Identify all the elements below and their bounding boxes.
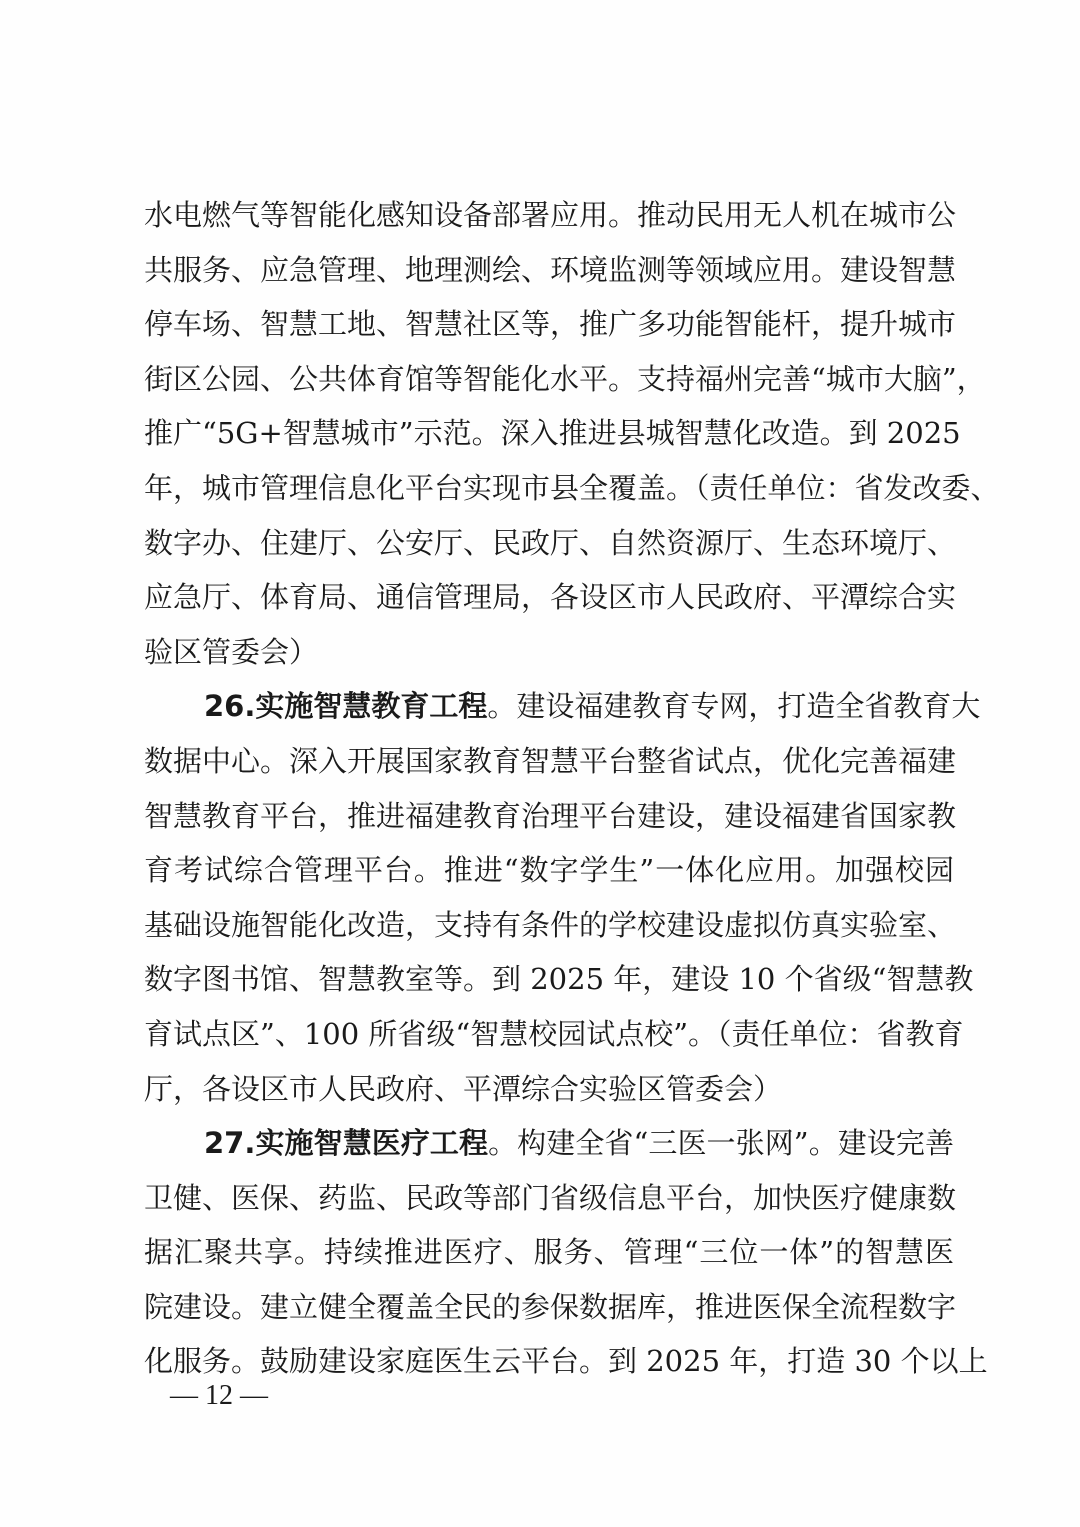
text-line: 水电燃气等智能化感知设备部署应用。推动民用无人机在城市公 [144, 188, 954, 243]
text-line: 年，城市管理信息化平台实现市县全覆盖。（责任单位：省发改委、 [144, 461, 954, 516]
document-page: 水电燃气等智能化感知设备部署应用。推动民用无人机在城市公 共服务、应急管理、地理… [0, 0, 1080, 1527]
text-line: 验区管委会） [144, 625, 954, 680]
text-line: 推广“5G+智慧城市”示范。深入推进县城智慧化改造。到 2025 [144, 406, 954, 461]
item-26-title: 26.实施智慧教育工程 [204, 689, 487, 723]
text-line: 卫健、医保、药监、民政等部门省级信息平台，加快医疗健康数 [144, 1171, 954, 1226]
body-text: 水电燃气等智能化感知设备部署应用。推动民用无人机在城市公 共服务、应急管理、地理… [144, 188, 954, 1389]
text-line: 基础设施智能化改造，支持有条件的学校建设虚拟仿真实验室、 [144, 898, 954, 953]
item-26-heading-line: 26.实施智慧教育工程。建设福建教育专网，打造全省教育大 [144, 679, 954, 734]
page-number: — 12 — [170, 1380, 268, 1412]
text-line: 智慧教育平台，推进福建教育治理平台建设，建设福建省国家教 [144, 789, 954, 844]
text-line: 据汇聚共享。持续推进医疗、服务、管理“三位一体”的智慧医 [144, 1225, 954, 1280]
item-27-heading-line: 27.实施智慧医疗工程。构建全省“三医一张网”。建设完善 [144, 1116, 954, 1171]
text-line: 应急厅、体育局、通信管理局，各设区市人民政府、平潭综合实 [144, 570, 954, 625]
text-line: 育考试综合管理平台。推进“数字学生”一体化应用。加强校园 [144, 843, 954, 898]
text-line: 育试点区”、100 所省级“智慧校园试点校”。（责任单位：省教育 [144, 1007, 954, 1062]
text-line: 数据中心。深入开展国家教育智慧平台整省试点，优化完善福建 [144, 734, 954, 789]
text-line: 院建设。建立健全覆盖全民的参保数据库，推进医保全流程数字 [144, 1280, 954, 1335]
text-line: 数字办、住建厅、公安厅、民政厅、自然资源厅、生态环境厅、 [144, 516, 954, 571]
text-line: 数字图书馆、智慧教室等。到 2025 年，建设 10 个省级“智慧教 [144, 952, 954, 1007]
text-line: 停车场、智慧工地、智慧社区等，推广多功能智能杆，提升城市 [144, 297, 954, 352]
text-line: 厅，各设区市人民政府、平潭综合实验区管委会） [144, 1062, 954, 1117]
item-27-title: 27.实施智慧医疗工程 [204, 1126, 488, 1160]
item-27-first-line: 。构建全省“三医一张网”。建设完善 [488, 1126, 954, 1160]
text-line: 共服务、应急管理、地理测绘、环境监测等领域应用。建设智慧 [144, 243, 954, 298]
text-line: 街区公园、公共体育馆等智能化水平。支持福州完善“城市大脑”， [144, 352, 954, 407]
item-26-first-line: 。建设福建教育专网，打造全省教育大 [487, 689, 980, 723]
